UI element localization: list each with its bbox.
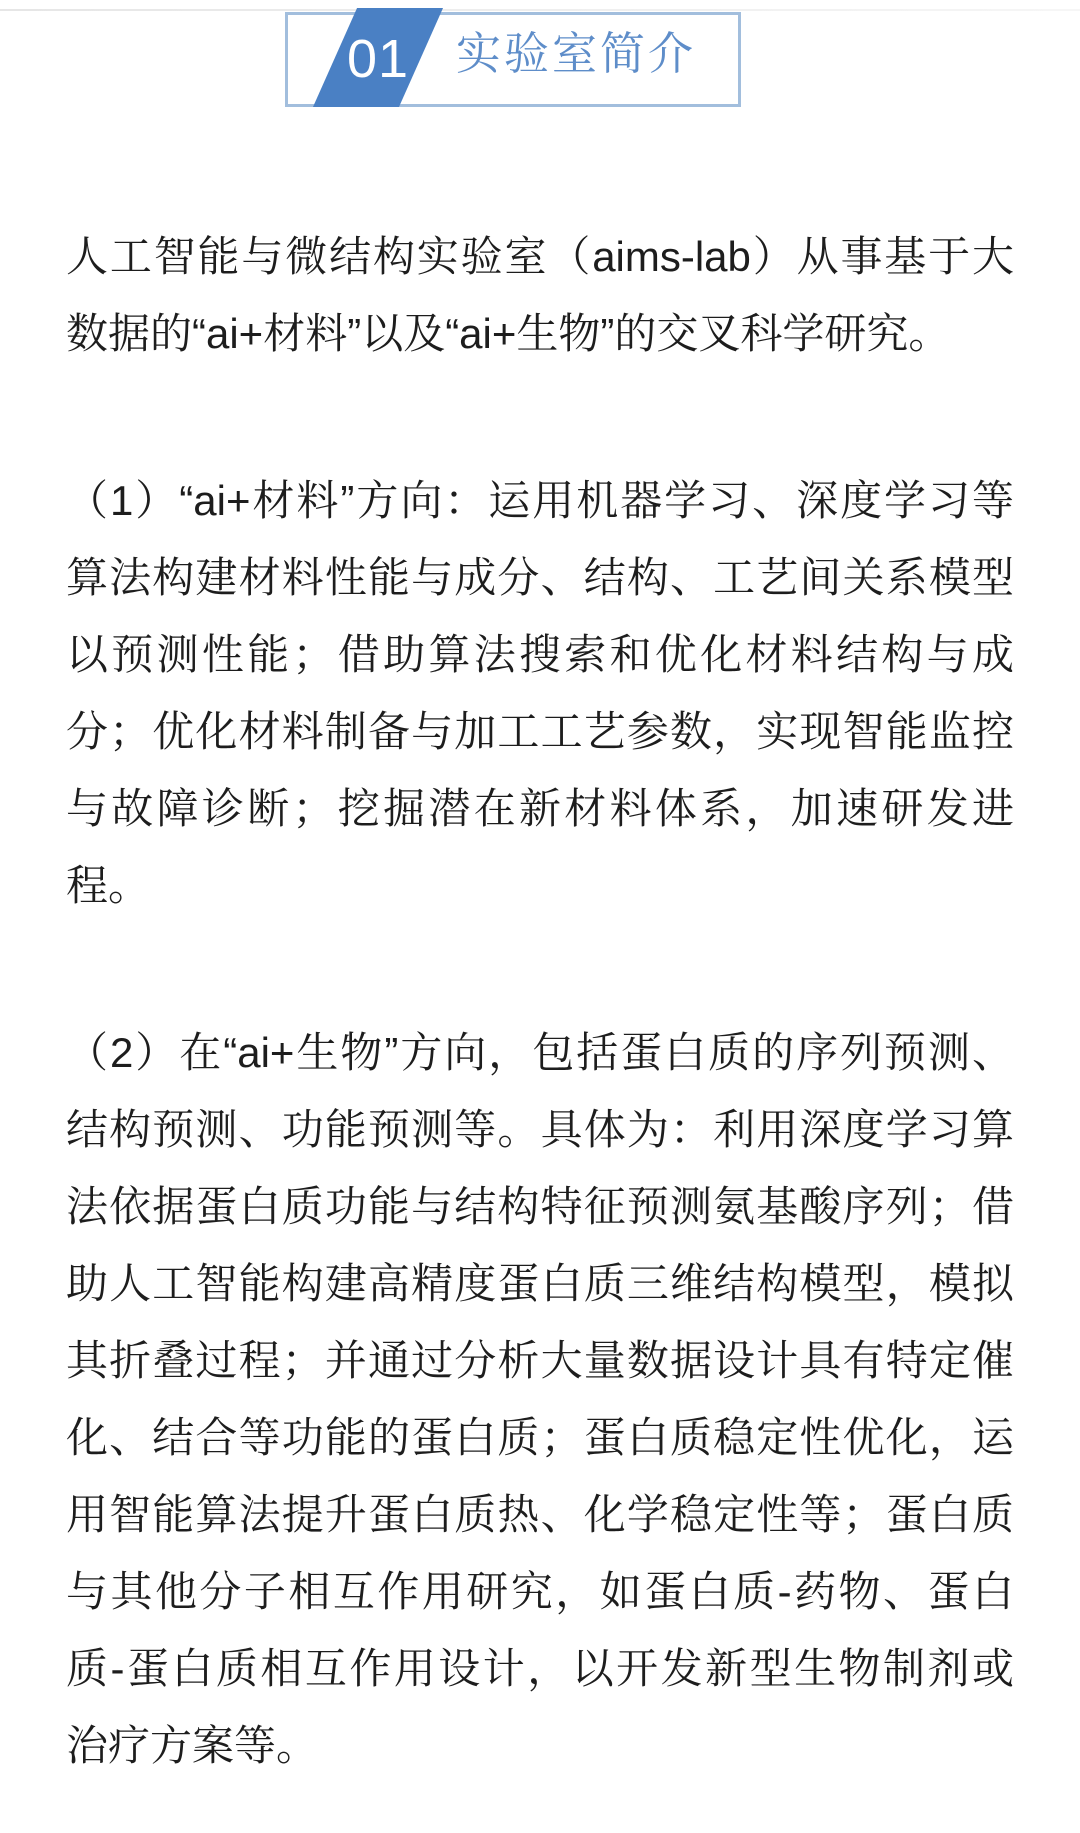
text-line: 质-蛋白质相互作用设计，以开发新型生物制剂或 (66, 1630, 1014, 1707)
article-page: 01 实验室简介 人工智能与微结构实验室（aims-lab）从事基于大数据的“a… (0, 0, 1080, 1833)
text-line: （1）“ai+材料”方向：运用机器学习、深度学习等 (66, 462, 1014, 539)
text-line: 化、结合等功能的蛋白质；蛋白质稳定性优化，运 (66, 1399, 1014, 1476)
text-line: 人工智能与微结构实验室（aims-lab）从事基于大 (66, 218, 1014, 295)
section-title: 实验室简介 (456, 31, 696, 77)
text-line: （2）在“ai+生物”方向，包括蛋白质的序列预测、 (66, 1014, 1014, 1091)
text-line: 分；优化材料制备与加工工艺参数，实现智能监控 (66, 693, 1014, 770)
article-body: 人工智能与微结构实验室（aims-lab）从事基于大数据的“ai+材料”以及“a… (66, 218, 1014, 1784)
text-line: 与其他分子相互作用研究，如蛋白质-药物、蛋白 (66, 1553, 1014, 1630)
top-divider-line (0, 9, 1080, 11)
text-line: 用智能算法提升蛋白质热、化学稳定性等；蛋白质 (66, 1476, 1014, 1553)
text-line: 与故障诊断；挖掘潜在新材料体系，加速研发进 (66, 770, 1014, 847)
text-line: 治疗方案等。 (66, 1707, 1014, 1784)
paragraph: （2）在“ai+生物”方向，包括蛋白质的序列预测、结构预测、功能预测等。具体为：… (66, 1014, 1014, 1784)
text-line: 程。 (66, 847, 1014, 924)
text-line: 法依据蛋白质功能与结构特征预测氨基酸序列；借 (66, 1168, 1014, 1245)
text-line: 结构预测、功能预测等。具体为：利用深度学习算 (66, 1091, 1014, 1168)
paragraph: （1）“ai+材料”方向：运用机器学习、深度学习等算法构建材料性能与成分、结构、… (66, 462, 1014, 924)
text-line: 数据的“ai+材料”以及“ai+生物”的交叉科学研究。 (66, 295, 1014, 372)
paragraph: 人工智能与微结构实验室（aims-lab）从事基于大数据的“ai+材料”以及“a… (66, 218, 1014, 372)
text-line: 以预测性能；借助算法搜索和优化材料结构与成 (66, 616, 1014, 693)
section-number: 01 (335, 8, 421, 107)
text-line: 助人工智能构建高精度蛋白质三维结构模型，模拟 (66, 1245, 1014, 1322)
text-line: 其折叠过程；并通过分析大量数据设计具有特定催 (66, 1322, 1014, 1399)
text-line: 算法构建材料性能与成分、结构、工艺间关系模型 (66, 539, 1014, 616)
